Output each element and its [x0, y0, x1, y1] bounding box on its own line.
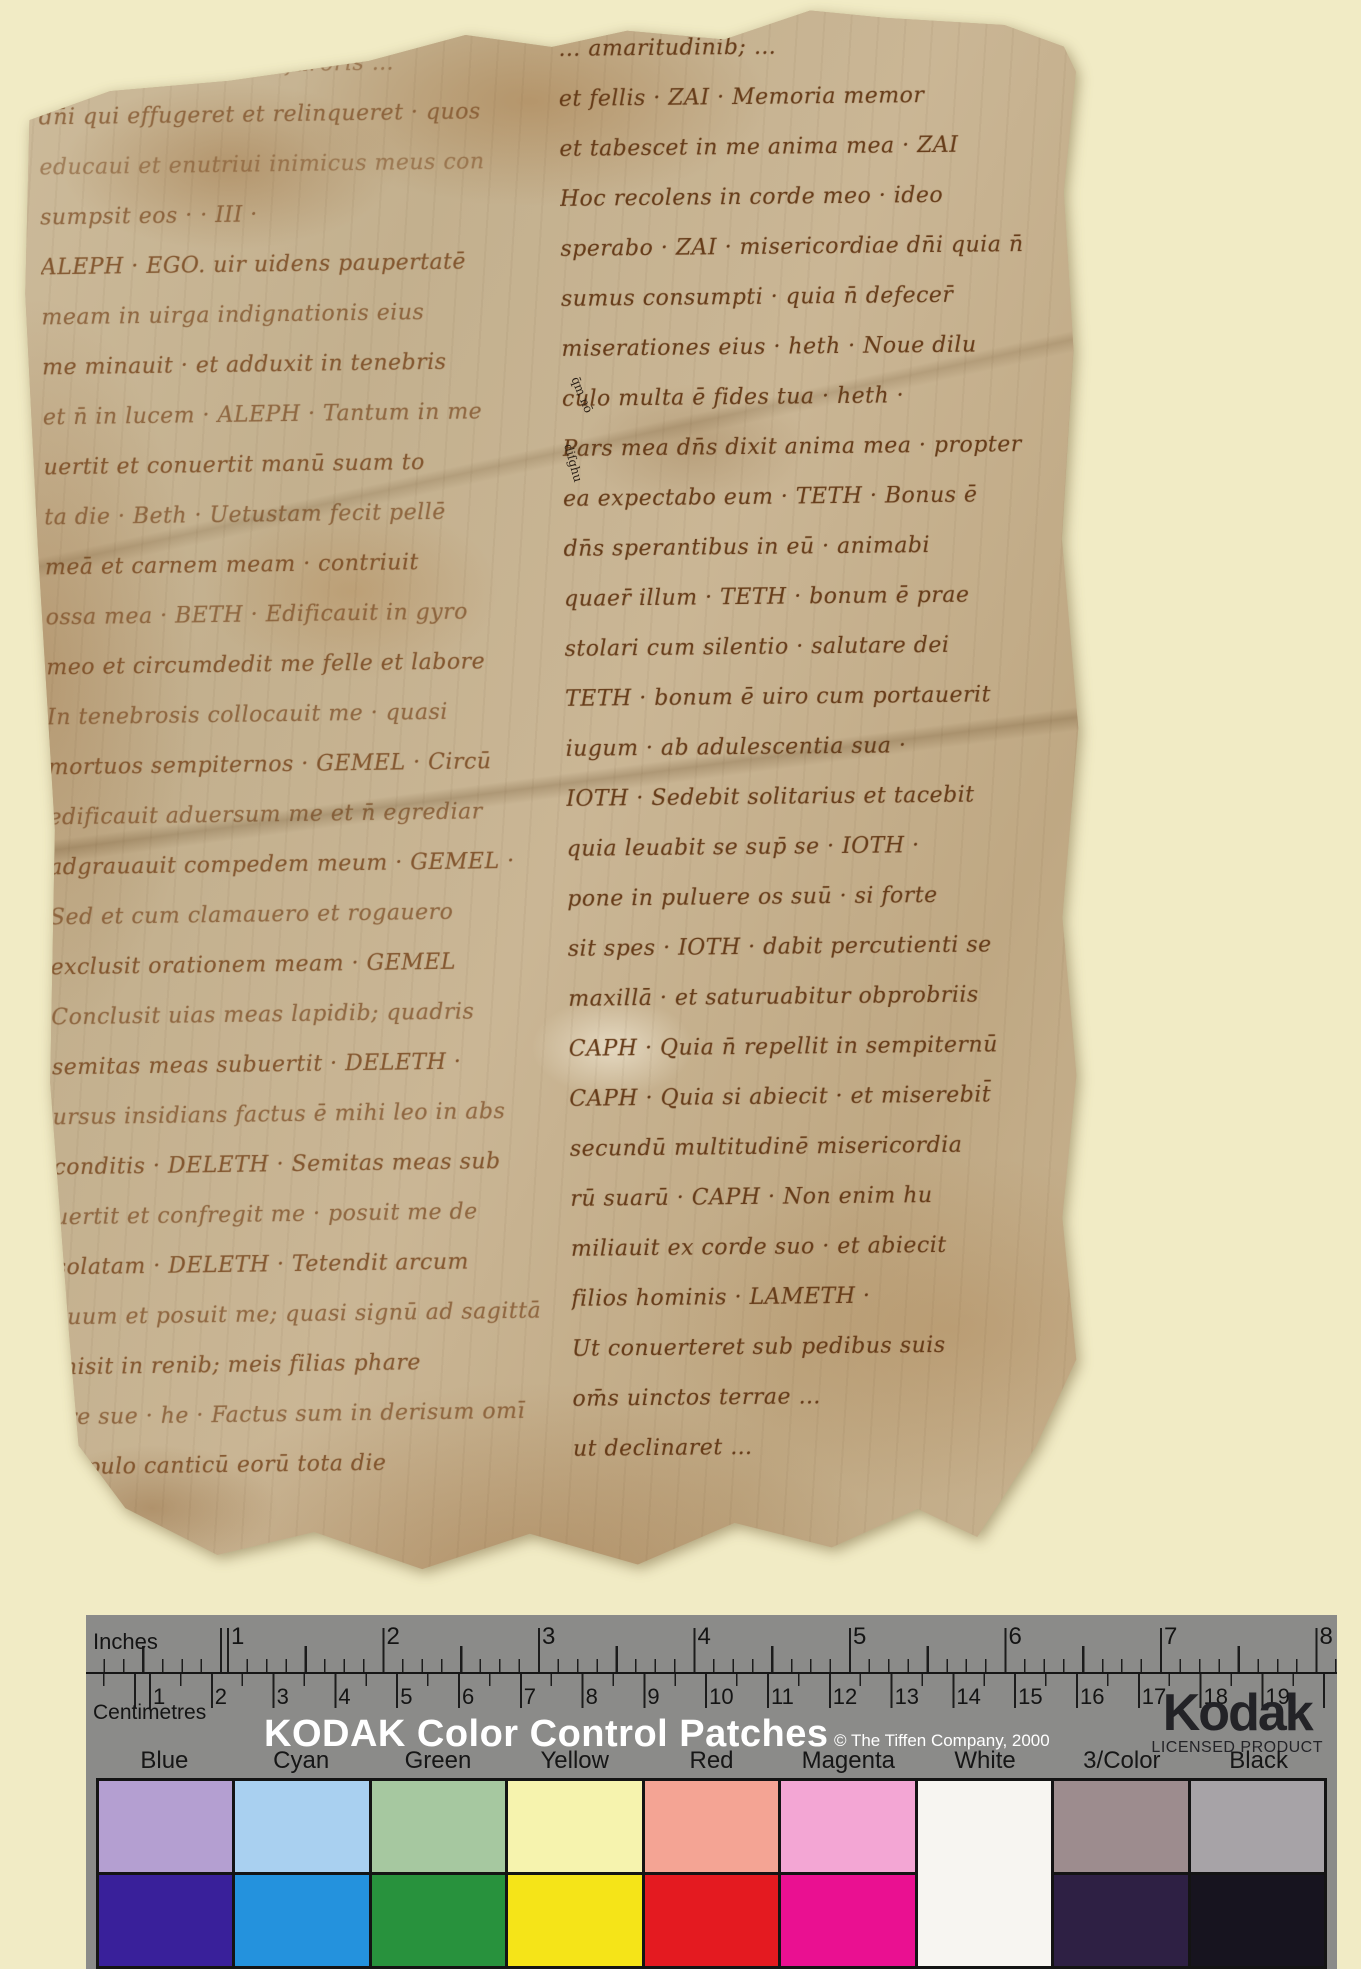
patch-column-cyan — [235, 1781, 368, 1966]
patch-swatch — [645, 1875, 778, 1966]
color-patches — [96, 1778, 1327, 1969]
manuscript-text-line: Pars mea dn̄s dixit anima mea · propter — [562, 419, 1086, 474]
patch-column-green — [372, 1781, 505, 1966]
cm-number: 10 — [709, 1684, 771, 1710]
manuscript-text-line: … qui mane … in die furoris … — [38, 36, 559, 93]
manuscript-text-line: misit in renib; meis filias phare — [56, 1336, 577, 1393]
inch-number: 6 — [1009, 1623, 1165, 1651]
manuscript-leaf: … qui mane … in die furoris …dn̄i qui ef… — [18, 6, 1096, 1584]
patch-label: Red — [643, 1747, 780, 1775]
manuscript-text-line: pone in puluere os suū · si forte — [567, 869, 1091, 924]
manuscript-text-line: edificauit aduersum me et n̄ egrediar — [48, 786, 569, 843]
parchment-surface: … qui mane … in die furoris …dn̄i qui ef… — [13, 2, 1102, 1587]
manuscript-text-line: uertit et confregit me · posuit me de — [54, 1186, 575, 1243]
manuscript-text-line: tre sue · he · Factus sum in derisum omī — [57, 1386, 578, 1443]
manuscript-text-line: culo multa ē fides tua · heth · — [562, 369, 1086, 424]
patch-label: Green — [370, 1747, 507, 1775]
patch-column-red — [645, 1781, 778, 1966]
marginal-note: q̄m nō — [568, 375, 595, 415]
patch-label: Cyan — [233, 1747, 370, 1775]
patch-label: Yellow — [506, 1747, 643, 1775]
manuscript-text-line: stolari cum silentio · salutare dei — [564, 619, 1088, 674]
manuscript-text-line: Conclusit uias meas lapidib; quadris — [51, 986, 572, 1043]
cm-number: 6 — [462, 1684, 524, 1710]
patch-column-black — [1191, 1781, 1324, 1966]
cm-number: 5 — [400, 1684, 462, 1710]
inch-number: 8 — [1320, 1623, 1361, 1651]
patch-swatch — [235, 1875, 368, 1966]
patch-label: Blue — [96, 1747, 233, 1775]
patch-label: Black — [1190, 1747, 1327, 1775]
inch-numbers: 12345678 — [231, 1623, 1361, 1651]
manuscript-text-line: TETH · bonum ē uiro cum portauerit — [565, 669, 1089, 724]
cm-number: 7 — [524, 1684, 586, 1710]
manuscript-text-line: ursus insidians factus ē mihi leo in abs — [52, 1086, 573, 1143]
manuscript-text-line: semitas meas subuertit · DELETH · — [52, 1036, 573, 1093]
manuscript-text-line: ossa mea · BETH · Edificauit in gyro — [45, 586, 566, 643]
patch-swatch — [372, 1875, 505, 1966]
manuscript-text-line: IOTH · Sedebit solitarius et tacebit — [566, 769, 1090, 824]
manuscript-text-line: quaer̄ illum · TETH · bonum ē prae — [564, 569, 1088, 624]
cm-number: 16 — [1080, 1684, 1142, 1710]
inch-number: 5 — [853, 1623, 1009, 1651]
patch-swatch — [918, 1874, 1051, 1967]
manuscript-text-line: educaui et enutriui inimicus meus con — [39, 136, 560, 193]
patch-swatch — [1191, 1781, 1324, 1872]
manuscript-text-line: solatam · DELETH · Tetendit arcum — [54, 1236, 575, 1293]
patch-column-blue — [99, 1781, 232, 1966]
patch-swatch — [1054, 1875, 1187, 1966]
manuscript-text-line: suum et posuit me; quasi signū ad sagitt… — [55, 1286, 576, 1343]
manuscript-text-line: maxillā · et saturuabitur obprobriis — [568, 969, 1092, 1024]
manuscript-text-line: ut declinaret … — [573, 1419, 1097, 1474]
cm-number: 8 — [586, 1684, 648, 1710]
ruler-centimetres: 12345678910111213141516171819 — [86, 1674, 1337, 1718]
patch-swatch — [372, 1781, 505, 1872]
patch-swatch — [918, 1781, 1051, 1874]
cm-number: 14 — [956, 1684, 1018, 1710]
patch-column-yellow — [508, 1781, 641, 1966]
inch-number: 3 — [542, 1623, 698, 1651]
manuscript-text-line: adgrauauit compedem meum · GEMEL · — [49, 836, 570, 893]
manuscript-text-line: uertit et conuertit manū suam to — [43, 436, 564, 493]
kodak-color-control-strip: Inches 12345678 123456789101112131415161… — [86, 1615, 1337, 1969]
manuscript-text-line: mortuos sempiternos · GEMEL · Circū — [47, 736, 568, 793]
manuscript-text-line: populo canticū eorū tota die — [57, 1436, 578, 1493]
patch-labels: BlueCyanGreenYellowRedMagentaWhite3/Colo… — [96, 1747, 1327, 1775]
cm-number: 4 — [338, 1684, 400, 1710]
digitized-manuscript-photo: … qui mane … in die furoris …dn̄i qui ef… — [0, 0, 1361, 1969]
patch-column-magenta — [781, 1781, 914, 1966]
manuscript-column-right: … amaritudinib; …et fellis · ZAI · Memor… — [558, 19, 1097, 1474]
patch-swatch — [1191, 1875, 1324, 1966]
manuscript-text-line: CAPH · Quia si abiecit · et miserebit̄ — [569, 1069, 1093, 1124]
patch-label: 3/Color — [1053, 1747, 1190, 1775]
manuscript-text-line: meam in uirga indignationis eius — [41, 286, 562, 343]
manuscript-text-line: filios hominis · LAMETH · — [571, 1269, 1095, 1324]
manuscript-text-line: et fellis · ZAI · Memoria memor — [559, 69, 1083, 124]
manuscript-column-left: … qui mane … in die furoris …dn̄i qui ef… — [38, 36, 578, 1493]
manuscript-text-line: … amaritudinib; … — [558, 19, 1082, 74]
inch-number: 4 — [698, 1623, 854, 1651]
patch-swatch — [99, 1781, 232, 1872]
patch-swatch — [508, 1781, 641, 1872]
cm-number: 3 — [277, 1684, 339, 1710]
manuscript-text-line: Sed et cum clamauero et rogauero — [50, 886, 571, 943]
manuscript-text-line: om̄s uinctos terrae … — [572, 1369, 1096, 1424]
cm-number: 13 — [895, 1684, 957, 1710]
manuscript-text-line: miserationes eius · heth · Noue dilu — [561, 319, 1085, 374]
cm-number: 11 — [771, 1684, 833, 1710]
manuscript-text-line: sumpsit eos · · III · — [40, 186, 561, 243]
manuscript-text-line: meā et carnem meam · contriuit — [45, 536, 566, 593]
manuscript-text-line: secundū multitudinē misericordia — [570, 1119, 1094, 1174]
manuscript-text-line: exclusit orationem meam · GEMEL — [50, 936, 571, 993]
manuscript-text-line: rū suarū · CAPH · Non enim hu — [570, 1169, 1094, 1224]
cm-number: 9 — [647, 1684, 709, 1710]
inch-number: 1 — [231, 1623, 387, 1651]
inch-number: 7 — [1164, 1623, 1320, 1651]
manuscript-text-line: CAPH · Quia n̄ repellit in sempiternū — [569, 1019, 1093, 1074]
patch-swatch — [781, 1781, 914, 1872]
manuscript-text-line: In tenebrosis collocauit me · quasi — [47, 686, 568, 743]
manuscript-text-line: iugum · ab adulescentia sua · — [565, 719, 1089, 774]
patch-swatch — [235, 1781, 368, 1872]
manuscript-text-line: meo et circumdedit me felle et labore — [46, 636, 567, 693]
patch-column-3-color — [1054, 1781, 1187, 1966]
patch-label: Magenta — [780, 1747, 917, 1775]
inch-number: 2 — [387, 1623, 543, 1651]
manuscript-text-line: ta die · Beth · Uetustam fecit pellē — [44, 486, 565, 543]
manuscript-text-line: et n̄ in lucem · ALEPH · Tantum in me — [43, 386, 564, 443]
cm-number: 15 — [1018, 1684, 1080, 1710]
manuscript-text-line: sperabo · ZAI · misericordiae dn̄i quia … — [560, 219, 1084, 274]
cm-number: 12 — [833, 1684, 895, 1710]
manuscript-text-line: ALEPH · EGO. uir uidens paupertatē — [40, 236, 561, 293]
kodak-wordmark: Kodak — [1151, 1687, 1323, 1739]
inches-label: Inches — [93, 1629, 158, 1655]
patch-swatch — [508, 1875, 641, 1966]
manuscript-text-line: sit spes · IOTH · dabit percutienti se — [568, 919, 1092, 974]
manuscript-text-line: ea expectabo eum · TETH · Bonus ē — [563, 469, 1087, 524]
manuscript-text-line: Ut conuerteret sub pedibus suis — [572, 1319, 1096, 1374]
manuscript-text-line: quia leuabit se sup̄ se · IOTH · — [566, 819, 1090, 874]
manuscript-text-line: dn̄i qui effugeret et relinqueret · quos — [38, 86, 559, 143]
ruler-inches: Inches 12345678 — [86, 1615, 1337, 1674]
patch-swatch — [99, 1875, 232, 1966]
manuscript-text-line: me minauit · et adduxit in tenebris — [42, 336, 563, 393]
manuscript-text-line: Hoc recolens in corde meo · ideo — [560, 169, 1084, 224]
patch-swatch — [1054, 1781, 1187, 1872]
manuscript-text-line: dn̄s sperantibus in eū · animabi — [563, 519, 1087, 574]
manuscript-text-line: et tabescet in me anima mea · ZAI — [559, 119, 1083, 174]
centimetres-label: Centimetres — [93, 1701, 206, 1725]
patch-swatch — [781, 1875, 914, 1966]
patch-swatch — [645, 1781, 778, 1872]
manuscript-text-line: conditis · DELETH · Semitas meas sub — [53, 1136, 574, 1193]
manuscript-text-line: sumus consumpti · quia n̄ defecer̄ — [561, 269, 1085, 324]
marginal-note: diſghu — [561, 442, 585, 483]
manuscript-text-line: miliauit ex corde suo · et abiecit — [571, 1219, 1095, 1274]
patch-label: White — [917, 1747, 1054, 1775]
patch-column-white — [918, 1781, 1051, 1966]
cm-number: 2 — [215, 1684, 277, 1710]
